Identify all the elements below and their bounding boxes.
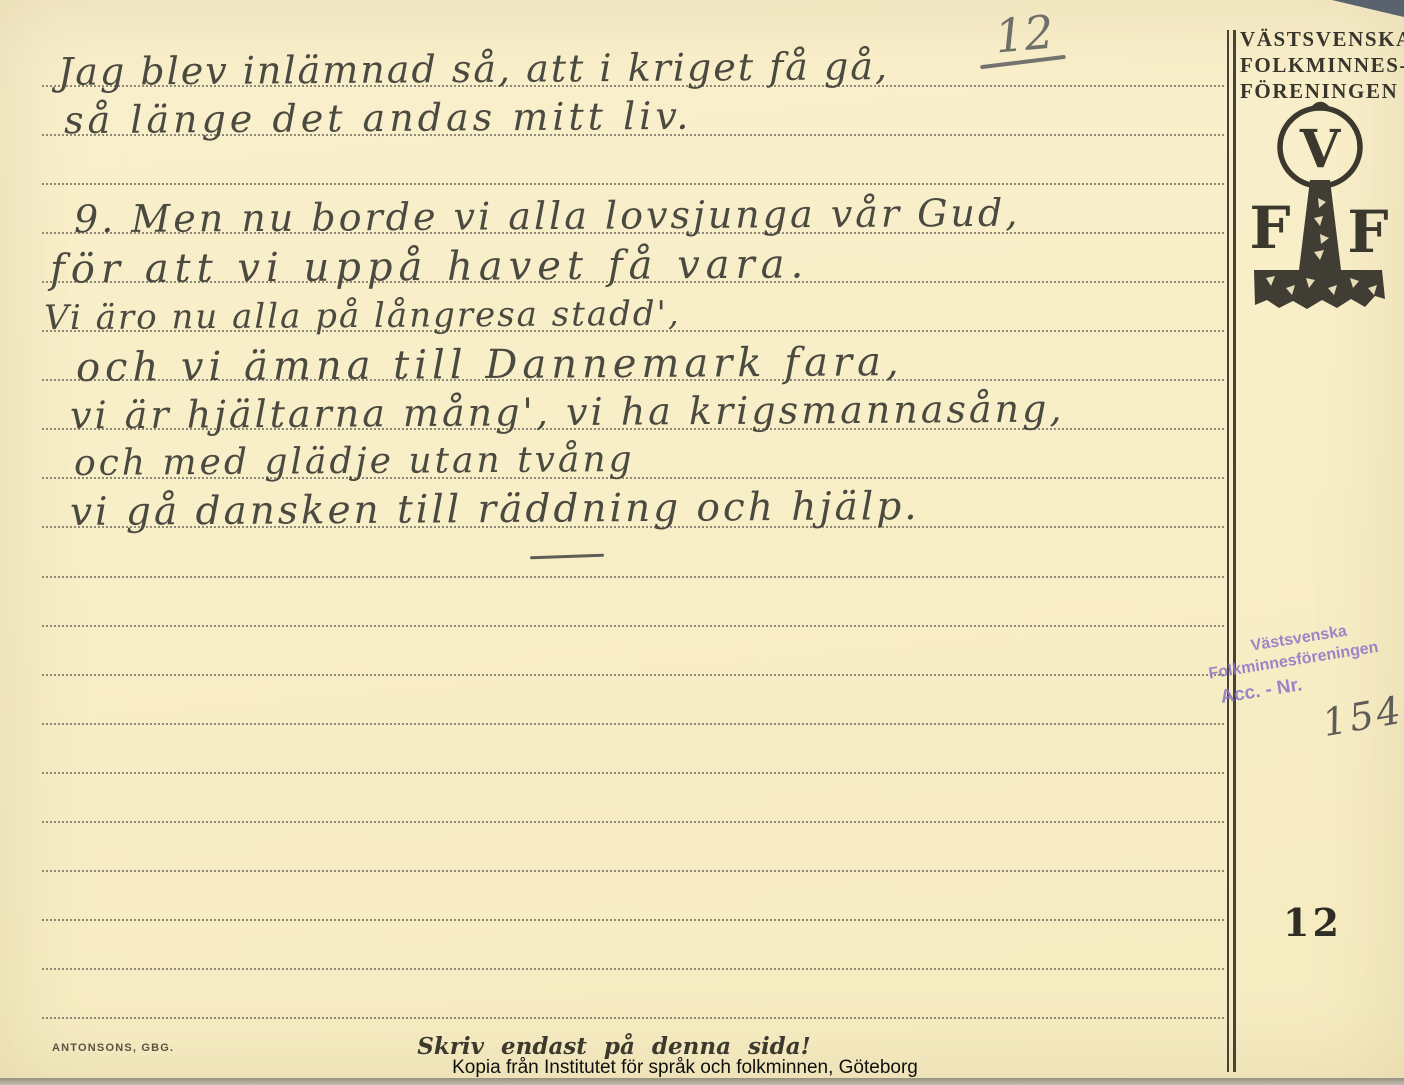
manuscript-line: vi är hjältarna mång', vi ha krigsmannas…	[70, 388, 1065, 439]
page-corner-fold	[1332, 0, 1404, 17]
ruled-line	[42, 674, 1224, 676]
scan-edge-strip	[0, 1078, 1404, 1085]
write-only-this-side-instruction: Skriv endast på denna sida!	[0, 1033, 1228, 1060]
verse-end-dash	[530, 554, 604, 560]
letterhead-title: VÄSTSVENSKA FOLKMINNES- FÖRENINGEN	[1240, 26, 1402, 104]
manuscript-line: vi gå dansken till räddning och hjälp.	[70, 485, 920, 536]
ruled-line	[42, 183, 1224, 185]
page-number-pencil: 12	[993, 6, 1056, 64]
manuscript-line: och vi ämna till Dannemark fara,	[76, 339, 904, 391]
manuscript-line: för att vi uppå havet få vara.	[50, 241, 810, 292]
logo-letter-f-left: F	[1249, 194, 1290, 262]
logo-letter-v: V	[1299, 119, 1342, 180]
ruled-line	[42, 919, 1224, 921]
manuscript-line: Jag blev inlämnad så, att i kriget få gå…	[58, 45, 889, 94]
sidebar-divider-rule	[1227, 30, 1236, 1072]
ruled-line	[42, 576, 1224, 578]
archive-copy-watermark: Kopia från Institutet för språk och folk…	[0, 1057, 1370, 1079]
manuscript-line: 9. Men nu borde vi alla lovsjunga vår Gu…	[74, 192, 1021, 242]
ruled-line	[42, 723, 1224, 725]
ruled-line	[42, 1017, 1224, 1019]
ruled-line	[42, 968, 1224, 970]
page-number-printed: 12	[1283, 900, 1342, 945]
ruled-line	[42, 772, 1224, 774]
ruled-line	[42, 870, 1224, 872]
manuscript-line: så länge det andas mitt liv.	[64, 95, 693, 143]
letterhead-line: VÄSTSVENSKA	[1240, 26, 1402, 52]
manuscript-line: Vi äro nu alla på långresa stadd',	[44, 295, 681, 339]
logo-letter-f-right: F	[1347, 198, 1388, 266]
ruled-line	[42, 821, 1224, 823]
scanned-manuscript-page: 12 Jag blev inlämnad så, att i kriget få…	[0, 0, 1404, 1085]
ruled-line	[42, 625, 1224, 627]
manuscript-line: och med glädje utan tvång	[74, 439, 635, 484]
thor-hammer-vff-logo-icon: V F F	[1244, 100, 1394, 328]
letterhead-line: FOLKMINNES-	[1240, 52, 1402, 78]
